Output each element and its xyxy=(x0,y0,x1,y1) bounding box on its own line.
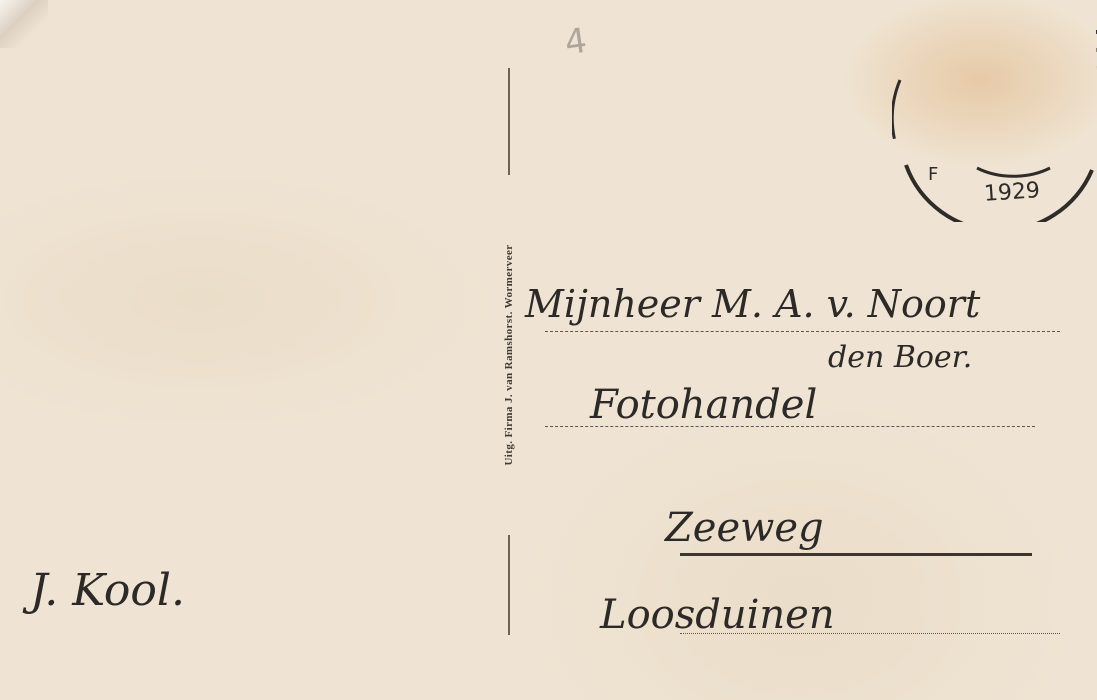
pencil-mark: 4 xyxy=(562,21,589,64)
sender-signature: J. Kool. xyxy=(30,565,185,616)
divider-line-bottom xyxy=(508,535,510,635)
publisher-imprint: Uitg. Firma J. van Ramshorst. Wormerveer xyxy=(503,244,515,465)
address-rule-4 xyxy=(680,633,1060,634)
postmark-mark: F xyxy=(928,164,938,185)
address-rule-3 xyxy=(680,553,1032,556)
address-line-5: Loosduinen xyxy=(600,592,835,638)
address-line-4: Zeeweg xyxy=(665,505,824,551)
address-line-3: Fotohandel xyxy=(590,382,817,428)
address-rule-2 xyxy=(545,426,1035,427)
postcard-back: 4 F 1929 Uitg. Firma J. van Ramshorst. W… xyxy=(0,0,1097,700)
address-rule-1 xyxy=(545,331,1060,332)
address-line-2: den Boer. xyxy=(828,340,972,375)
postmark-year: 1929 xyxy=(983,178,1041,207)
address-line-1: Mijnheer M. A. v. Noort xyxy=(525,282,980,326)
divider-line-top xyxy=(508,68,510,175)
worn-corner xyxy=(0,0,48,48)
